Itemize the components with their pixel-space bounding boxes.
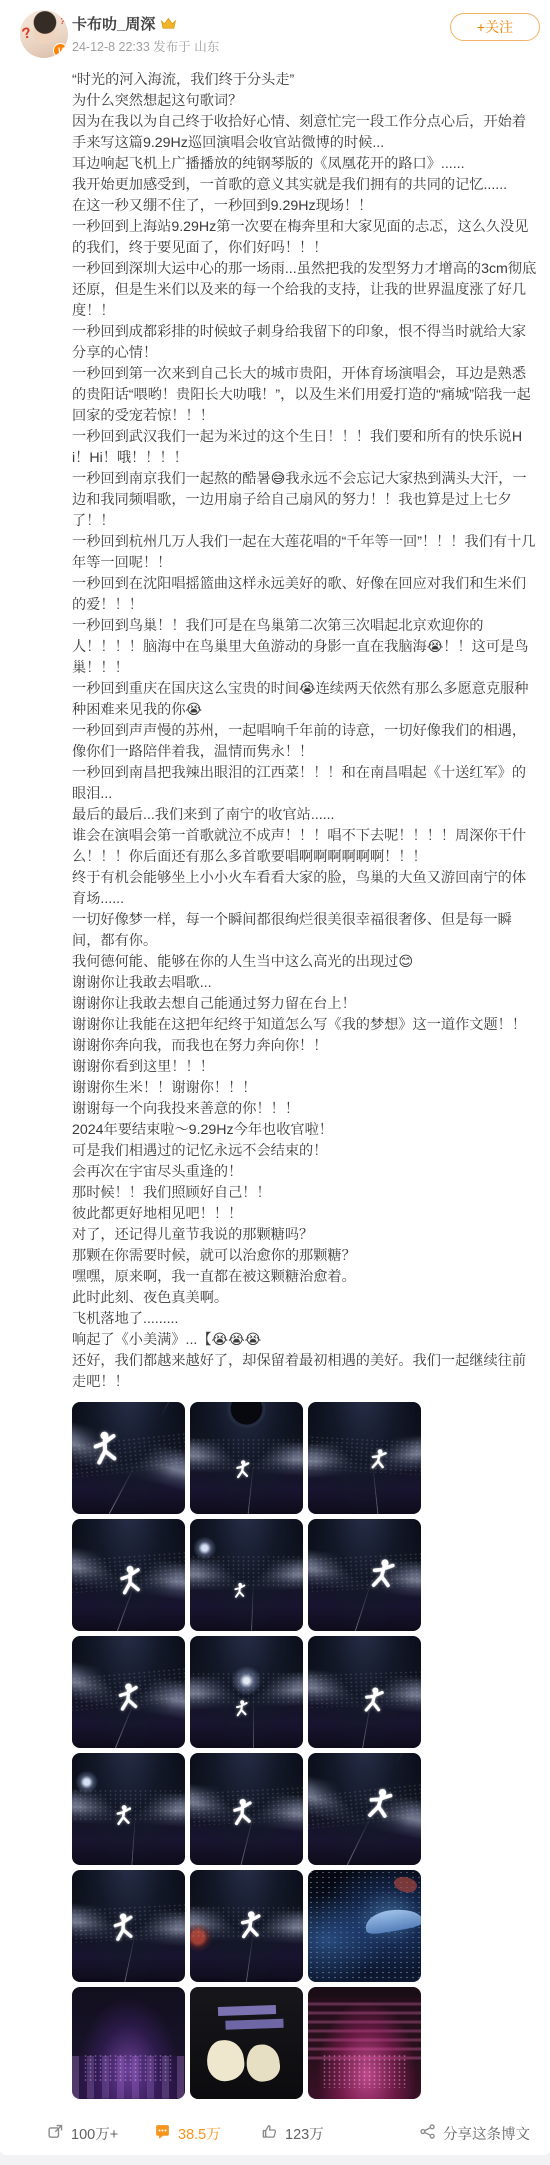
- like-button[interactable]: 123万: [261, 2123, 368, 2144]
- post-photo-6[interactable]: [308, 1519, 421, 1631]
- post-text: “时光的河入海流，我们终于分头走”为什么突然想起这句歌词？因为在我以为自己终于收…: [0, 66, 550, 1393]
- performer-figure: [363, 1554, 403, 1596]
- post-paragraph: 谢谢你看到这里！！！: [72, 1057, 537, 1078]
- post-paragraph: 嘿嘿，原来啊，我一直都在被这颗糖治愈着。: [72, 1267, 537, 1288]
- page-background-strip: [0, 2155, 550, 2165]
- post-paragraph: 对了，还记得儿童节我说的那颗糖吗？: [72, 1225, 537, 1246]
- post-photo-12[interactable]: [308, 1753, 421, 1865]
- post-photo-10[interactable]: [72, 1753, 185, 1865]
- post-photo-14[interactable]: [190, 1870, 303, 1982]
- post-paragraph: 谢谢每一个向我投来善意的你！！！: [72, 1099, 537, 1120]
- performer-figure: [357, 1683, 390, 1718]
- post-photo-4[interactable]: [72, 1519, 185, 1631]
- follow-button[interactable]: +关注: [450, 13, 540, 41]
- post-paragraph: 一秒回到在沈阳唱摇篮曲这样永远美好的歌、好像在回应对我们和生米们的爱！！！: [72, 574, 537, 616]
- post-paragraph: 一秒回到深圳大运中心的那一场雨...虽然把我的发型努力才增高的3cm彻底还原，但…: [72, 259, 537, 322]
- post-paragraph: 响起了《小美满》...【😭😭😭: [72, 1330, 537, 1351]
- post-photo-13[interactable]: [72, 1870, 185, 1982]
- post-photo-15[interactable]: [308, 1870, 421, 1982]
- comment-icon: [154, 2123, 171, 2144]
- post-photo-2[interactable]: [190, 1402, 303, 1514]
- post-paragraph: 一切好像梦一样，每一个瞬间都很绚烂很美很幸福很奢侈、但是每一瞬间，都有你。: [72, 910, 537, 952]
- post-photo-16[interactable]: [72, 1987, 185, 2099]
- post-photo-11[interactable]: [190, 1753, 303, 1865]
- post-photo-18[interactable]: [308, 1987, 421, 2099]
- share-icon: [419, 2123, 436, 2144]
- post-paragraph: 一秒回到南京我们一起熬的酷暑😅我永远不会忘记大家热到满头大汗，一边和我同频唱歌，…: [72, 469, 537, 532]
- post-photo-9[interactable]: [308, 1636, 421, 1748]
- post-paragraph: 我开始更加感受到，一首歌的意义其实就是我们拥有的共同的记忆......: [72, 175, 537, 196]
- username[interactable]: 卡布叻_周深: [72, 13, 155, 34]
- performer-figure: [112, 1803, 136, 1829]
- performer-figure: [235, 1908, 267, 1943]
- post-photo-1[interactable]: [72, 1402, 185, 1514]
- avatar[interactable]: ? ? V: [20, 10, 68, 58]
- post-paragraph: 一秒回到武汉我们一起为米过的这个生日！！！我们要和所有的快乐说Hi！Hi！哦！！…: [72, 427, 537, 469]
- performer-figure: [84, 1426, 128, 1473]
- share-label: 分享这条博文: [443, 2123, 530, 2144]
- repost-count: 100万+: [71, 2123, 118, 2144]
- post-paragraph: 因为在我以为自己终于收拾好心情、刻意忙完一段工作分点心后，开始着手来写这篇9.2…: [72, 112, 537, 154]
- post-paragraph: 耳边响起飞机上广播播放的纯钢琴版的《凤凰花开的路口》......: [72, 154, 537, 175]
- post-paragraph: 终于有机会能够坐上小小火车看看大家的脸，鸟巢的大鱼又游回南宁的体育场......: [72, 868, 537, 910]
- post-paragraph: 一秒回到南昌把我辣出眼泪的江西菜！！！和在南昌唱起《十送红军》的眼泪...: [72, 763, 537, 805]
- weibo-post-card: ? ? V 卡布叻_周深 24-12-8 22:33 发布于 山东 +关注 “时…: [0, 0, 550, 2155]
- post-paragraph: 我何德何能、能够在你的人生当中这么高光的出现过😊: [72, 952, 537, 973]
- post-paragraph: 谢谢你生米！！谢谢你！！！: [72, 1078, 537, 1099]
- like-count: 123万: [285, 2123, 324, 2144]
- post-photo-7[interactable]: [72, 1636, 185, 1748]
- post-paragraph: 谢谢你让我敢去唱歌...: [72, 973, 537, 994]
- post-paragraph: 一秒回到鸟巢！！我们可是在鸟巢第二次第三次唱起北京欢迎你的人！！！！脑海中在鸟巢…: [72, 616, 537, 679]
- post-paragraph: 会再次在宇宙尽头重逢的！: [72, 1162, 537, 1183]
- performer-figure: [106, 1909, 142, 1947]
- post-paragraph: 那时候！！我们照顾好自己！！: [72, 1183, 537, 1204]
- share-button[interactable]: 分享这条博文: [419, 2123, 530, 2144]
- post-paragraph: 彼此都更好地相见吧！！！: [72, 1204, 537, 1225]
- avatar-question-mark: ?: [59, 17, 66, 27]
- performer-figure: [227, 1796, 260, 1831]
- post-paragraph: 此时此刻、夜色真美啊。: [72, 1288, 537, 1309]
- post-paragraph: 2024年要结束啦～9.29Hz今年也收官啦！: [72, 1120, 537, 1141]
- membership-crown-icon: [160, 16, 177, 31]
- post-paragraph: 谢谢你让我敢去想自己能通过努力留在台上！: [72, 994, 537, 1015]
- post-header: ? ? V 卡布叻_周深 24-12-8 22:33 发布于 山东 +关注: [0, 0, 550, 66]
- post-paragraph: 为什么突然想起这句歌词？: [72, 91, 537, 112]
- post-paragraph: 那颗在你需要时候，就可以治愈你的那颗糖？: [72, 1246, 537, 1267]
- post-paragraph: 还好，我们都越来越好了，却保留着最初相遇的美好。我们一起继续往前走吧！！: [72, 1351, 537, 1393]
- thumbs-up-icon: [261, 2123, 278, 2144]
- post-paragraph: 在这一秒又绷不住了，一秒回到9.29Hz现场！！: [72, 196, 537, 217]
- performer-figure: [359, 1782, 401, 1827]
- post-paragraph: 最后的最后...我们来到了南宁的收官站......: [72, 805, 537, 826]
- photo-grid: [72, 1402, 421, 2099]
- post-paragraph: 一秒回到成都彩排的时候蚊子刺身给我留下的印象，恨不得当时就给大家分享的心情！: [72, 322, 537, 364]
- post-photo-8[interactable]: [190, 1636, 303, 1748]
- post-paragraph: 一秒回到声声慢的苏州，一起唱响千年前的诗意，一切好像我们的相遇，像你们一路陪伴着…: [72, 721, 537, 763]
- performer-figure: [111, 1679, 146, 1716]
- post-paragraph: 谢谢你让我能在这把年纪终于知道怎么写《我的梦想》这一道作文题！！: [72, 1015, 537, 1036]
- comment-button[interactable]: 38.5万: [154, 2123, 261, 2144]
- post-paragraph: 谁会在演唱会第一首歌就泣不成声！！！唱不下去呢！！！！周深你干什么！！！你后面还…: [72, 826, 537, 868]
- post-paragraph: 一秒回到上海站9.29Hz第一次要在梅奔里和大家见面的忐忑，这么久没见的我们，终…: [72, 217, 537, 259]
- repost-button[interactable]: 100万+: [47, 2123, 154, 2144]
- post-paragraph: 谢谢你奔向我，而我也在努力奔向你！！: [72, 1036, 537, 1057]
- comment-count: 38.5万: [178, 2123, 221, 2144]
- post-paragraph: 可是我们相遇过的记忆永远不会结束的！: [72, 1141, 537, 1162]
- performer-figure: [112, 1561, 149, 1601]
- repost-icon: [47, 2123, 64, 2144]
- post-paragraph: 一秒回到第一次来到自己长大的城市贵阳，开体育场演唱会，耳边是熟悉的贵阳话“喂哟！…: [72, 364, 537, 427]
- post-paragraph: 飞机落地了.........: [72, 1309, 537, 1330]
- post-photo-3[interactable]: [308, 1402, 421, 1514]
- performer-figure: [366, 1446, 393, 1474]
- post-paragraph: 一秒回到重庆在国庆这么宝贵的时间😭连续两天依然有那么多愿意克服种种困难来见我的你…: [72, 679, 537, 721]
- performer-figure: [232, 1698, 251, 1719]
- verified-badge-icon: V: [53, 43, 68, 58]
- performer-figure: [231, 1581, 249, 1601]
- post-paragraph: “时光的河入海流，我们终于分头走”: [72, 70, 537, 91]
- action-bar: 100万+ 38.5万 123万: [0, 2111, 550, 2155]
- post-photo-5[interactable]: [190, 1519, 303, 1631]
- avatar-question-mark: ?: [20, 25, 33, 42]
- performer-figure: [232, 1459, 254, 1482]
- post-paragraph: 一秒回到杭州几万人我们一起在大莲花唱的“千年等一回”！！！我们有十几年等一回呢！…: [72, 532, 537, 574]
- post-photo-17[interactable]: [190, 1987, 303, 2099]
